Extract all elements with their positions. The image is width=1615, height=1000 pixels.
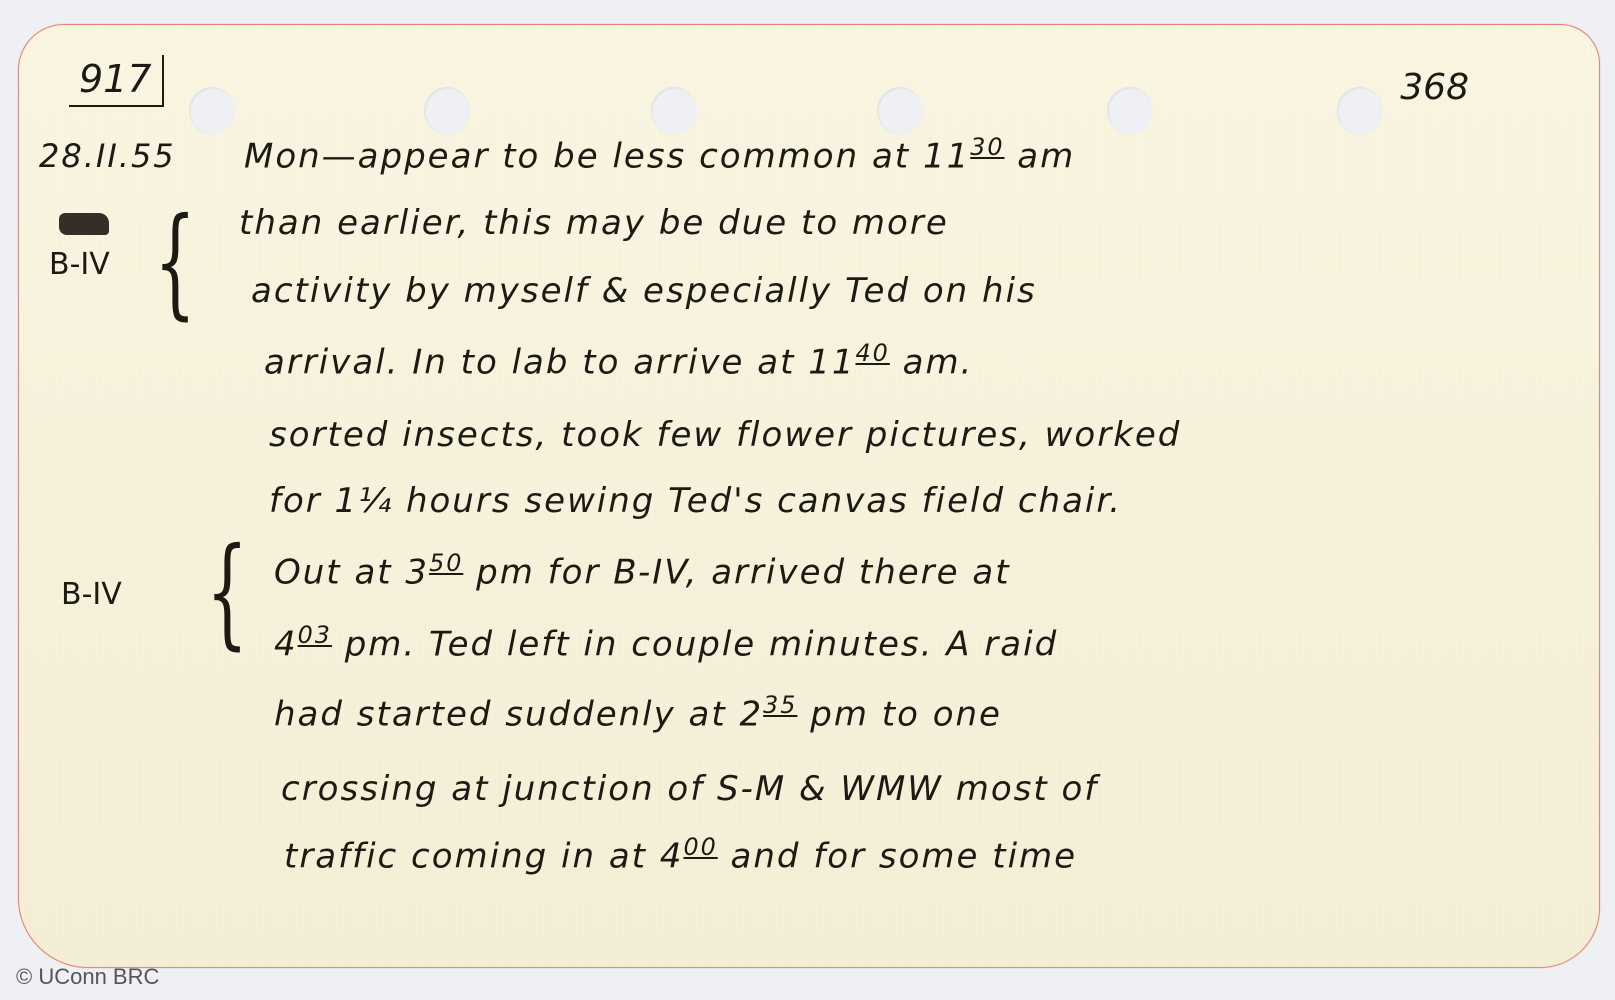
punch-hole [189, 87, 235, 135]
entry-date: 28.II.55 [39, 137, 176, 175]
note-line-9: had started suddenly at 235 pm to one [274, 691, 1002, 734]
note-line-1: Mon—appear to be less common at 1130 am [244, 133, 1075, 176]
note-line-11: traffic coming in at 400 and for some ti… [284, 833, 1077, 876]
note-line-4: arrival. In to lab to arrive at 1140 am. [264, 339, 973, 382]
punch-hole [1107, 87, 1153, 135]
note-line-5: sorted insects, took few flower pictures… [269, 415, 1181, 455]
note-line-7: Out at 350 pm for B-IV, arrived there at [274, 549, 1011, 592]
punch-hole [1337, 87, 1383, 135]
brace-icon: { [206, 533, 248, 653]
margin-label-b4-1: B-IV [49, 247, 110, 282]
punch-hole [877, 87, 923, 135]
page-number: 368 [1400, 67, 1469, 108]
field-note-card: 917 368 28.II.55 B-IV { B-IV { Mon—appea… [18, 24, 1600, 968]
note-line-6: for 1¼ hours sewing Ted's canvas field c… [269, 481, 1122, 521]
crossed-out-mark [59, 213, 109, 235]
brace-icon: { [154, 203, 196, 323]
copyright-caption: © UConn BRC [16, 964, 159, 990]
card-number: 917 [69, 55, 164, 107]
punch-hole [651, 87, 697, 135]
note-line-8: 403 pm. Ted left in couple minutes. A ra… [274, 621, 1058, 664]
margin-label-b4-2: B-IV [61, 577, 122, 612]
punch-hole [424, 87, 470, 135]
note-line-10: crossing at junction of S-M & WMW most o… [281, 769, 1098, 809]
note-line-3: activity by myself & especially Ted on h… [251, 271, 1037, 311]
note-line-2: than earlier, this may be due to more [239, 203, 949, 243]
